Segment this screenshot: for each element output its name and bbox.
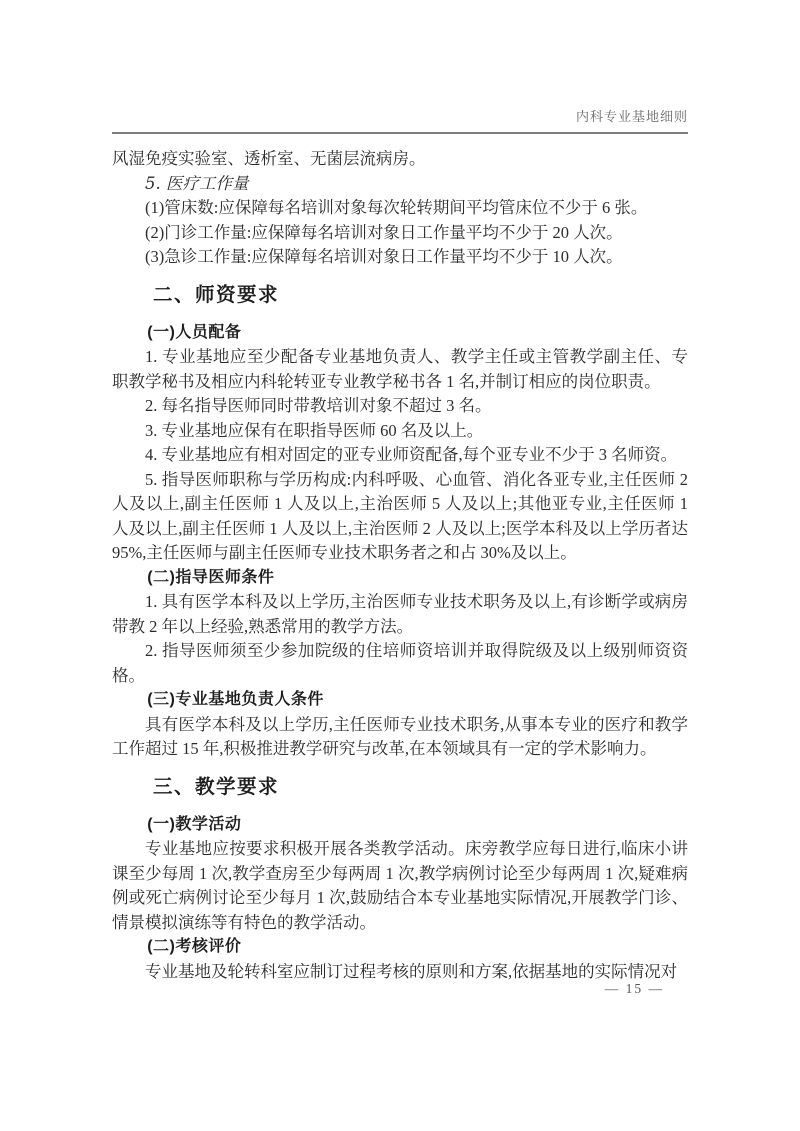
list-item: 1. 具有医学本科及以上学历,主治医师专业技术职务及以上,有诊断学或病房带教 2… [112,590,688,639]
list-item: 1. 专业基地应至少配备专业基地负责人、教学主任或主管教学副主任、专职教学秘书及… [112,345,688,394]
running-head: 内科专业基地细则 [112,0,688,125]
sub-heading-leader-conditions: (三)专业基地负责人条件 [112,688,688,713]
list-item: 2. 每名指导医师同时带教培训对象不超过 3 名。 [112,394,688,419]
header-rule [112,132,688,134]
document-content: 风湿免疫实验室、透析室、无菌层流病房。 5. 医疗工作量 (1)管床数:应保障每… [112,147,688,984]
paragraph: 专业基地及轮转科室应制订过程考核的原则和方案,依据基地的实际情况对 [112,960,688,985]
page-number: — 15 — [605,981,664,997]
list-item: 2. 指导医师须至少参加院级的住培师资培训并取得院级及以上级别师资资格。 [112,639,688,688]
section-heading-teaching: 三、教学要求 [112,773,688,801]
list-item: 3. 专业基地应保有在职指导医师 60 名及以上。 [112,419,688,444]
sub-heading-staffing: (一)人员配备 [112,321,688,346]
list-item-kai: 5. 医疗工作量 [112,172,688,197]
list-item: (2)门诊工作量:应保障每名培训对象日工作量平均不少于 20 人次。 [112,221,688,246]
document-page: 内科专业基地细则 风湿免疫实验室、透析室、无菌层流病房。 5. 医疗工作量 (1… [0,0,800,1131]
paragraph: 具有医学本科及以上学历,主任医师专业技术职务,从事本专业的医疗和教学工作超过 1… [112,713,688,762]
list-item: (1)管床数:应保障每名培训对象每次轮转期间平均管床位不少于 6 张。 [112,196,688,221]
page-margin-box: 内科专业基地细则 风湿免疫实验室、透析室、无菌层流病房。 5. 医疗工作量 (1… [112,0,688,984]
paragraph-continuation: 风湿免疫实验室、透析室、无菌层流病房。 [112,147,688,172]
paragraph: 专业基地应按要求积极开展各类教学活动。床旁教学应每日进行,临床小讲课至少每周 1… [112,837,688,935]
list-item: (3)急诊工作量:应保障每名培训对象日工作量平均不少于 10 人次。 [112,245,688,270]
section-heading-teachers: 二、师资要求 [112,281,688,309]
list-item: 5. 指导医师职称与学历构成:内科呼吸、心血管、消化各亚专业,主任医师 2 人及… [112,468,688,566]
list-item: 4. 专业基地应有相对固定的亚专业师资配备,每个亚专业不少于 3 名师资。 [112,443,688,468]
sub-heading-supervisor-conditions: (二)指导医师条件 [112,566,688,591]
sub-heading-teaching-activities: (一)教学活动 [112,813,688,838]
sub-heading-assessment: (二)考核评价 [112,935,688,960]
